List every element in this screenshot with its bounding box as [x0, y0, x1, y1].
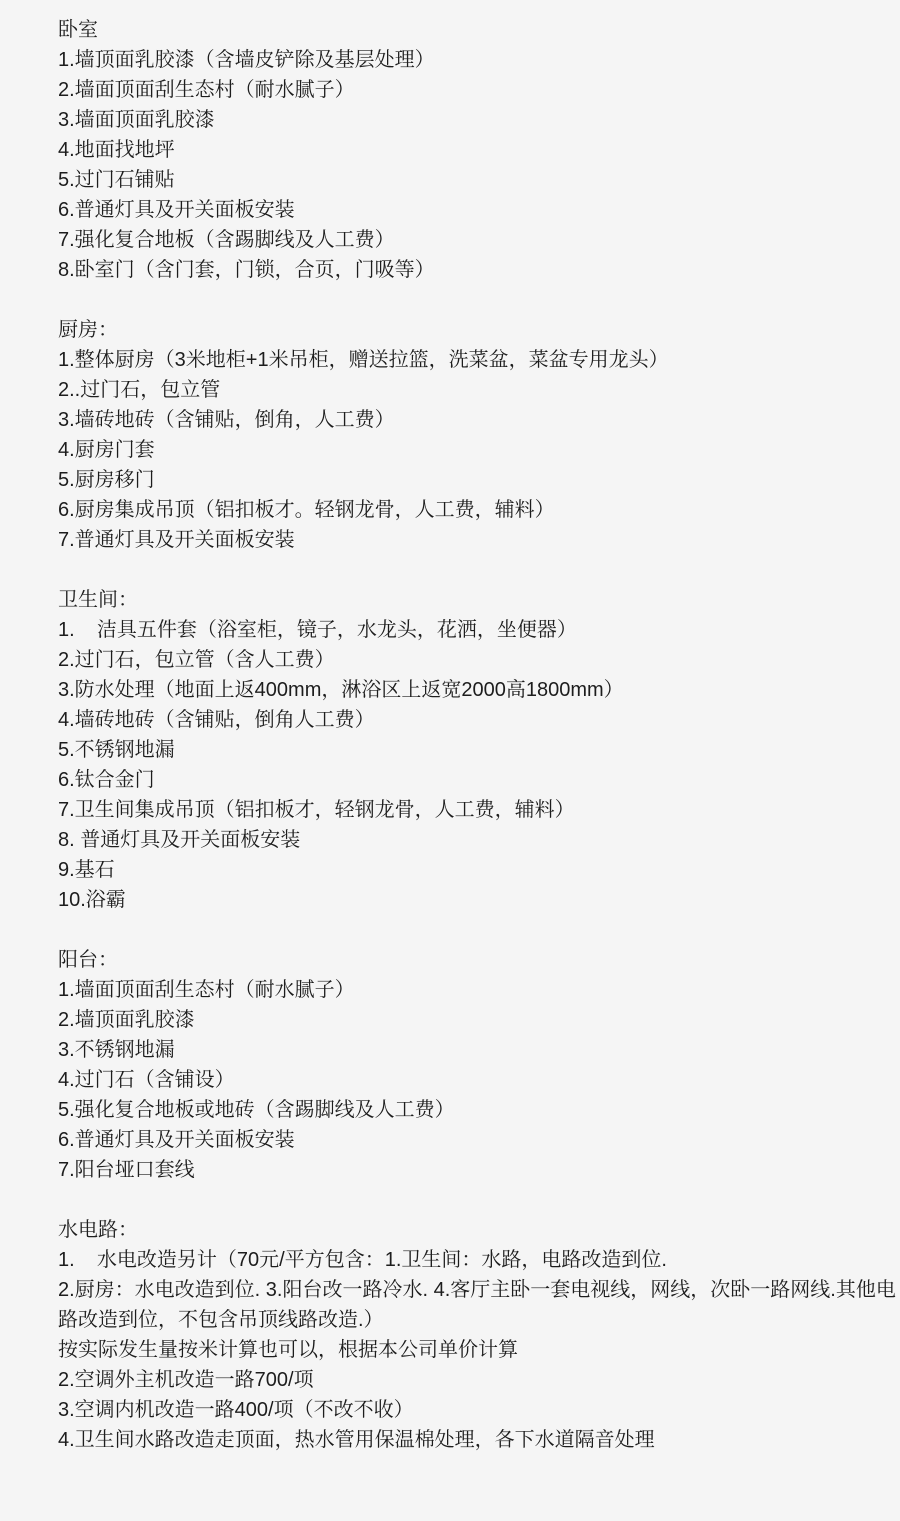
section-title: 卫生间： — [58, 585, 900, 615]
list-item: 1. 水电改造另计（70元/平方包含：1.卫生间：水路，电路改造到位. — [58, 1245, 900, 1275]
list-item: 6.钛合金门 — [58, 765, 900, 795]
section-title: 阳台： — [58, 945, 900, 975]
list-item: 2.墙面顶面刮生态村（耐水腻子） — [58, 75, 900, 105]
list-item: 3.墙面顶面乳胶漆 — [58, 105, 900, 135]
list-item: 2.空调外主机改造一路700/项 — [58, 1365, 900, 1395]
list-item: 按实际发生量按米计算也可以，根据本公司单价计算 — [58, 1335, 900, 1365]
list-item: 3.墙砖地砖（含铺贴，倒角，人工费） — [58, 405, 900, 435]
section-title: 水电路： — [58, 1215, 900, 1245]
list-item: 5.厨房移门 — [58, 465, 900, 495]
list-item: 2.墙顶面乳胶漆 — [58, 1005, 900, 1035]
list-item: 7.卫生间集成吊顶（铝扣板才，轻钢龙骨，人工费，辅料） — [58, 795, 900, 825]
list-item: 5.强化复合地板或地砖（含踢脚线及人工费） — [58, 1095, 900, 1125]
section-bathroom: 卫生间：1. 洁具五件套（浴室柜，镜子，水龙头，花洒，坐便器）2.过门石，包立管… — [58, 585, 900, 915]
list-item: 6.普通灯具及开关面板安装 — [58, 1125, 900, 1155]
list-item: 9.基石 — [58, 855, 900, 885]
list-item: 1.墙顶面乳胶漆（含墙皮铲除及基层处理） — [58, 45, 900, 75]
list-item: 3.防水处理（地面上返400mm，淋浴区上返宽2000高1800mm） — [58, 675, 900, 705]
list-item: 4.过门石（含铺设） — [58, 1065, 900, 1095]
list-item: 4.卫生间水路改造走顶面，热水管用保温棉处理，各下水道隔音处理 — [58, 1425, 900, 1455]
list-item: 4.墙砖地砖（含铺贴，倒角人工费） — [58, 705, 900, 735]
section-kitchen: 厨房：1.整体厨房（3米地柜+1米吊柜，赠送拉篮，洗菜盆，菜盆专用龙头）2..过… — [58, 315, 900, 555]
list-item: 8.卧室门（含门套，门锁，合页，门吸等） — [58, 255, 900, 285]
section-title: 卧室 — [58, 15, 900, 45]
list-item: 5.不锈钢地漏 — [58, 735, 900, 765]
list-item: 3.空调内机改造一路400/项（不改不收） — [58, 1395, 900, 1425]
list-item: 10.浴霸 — [58, 885, 900, 915]
list-item: 2..过门石，包立管 — [58, 375, 900, 405]
list-item: 路改造到位，不包含吊顶线路改造.） — [58, 1305, 900, 1335]
list-item: 8. 普通灯具及开关面板安装 — [58, 825, 900, 855]
list-item: 1. 洁具五件套（浴室柜，镜子，水龙头，花洒，坐便器） — [58, 615, 900, 645]
list-item: 6.普通灯具及开关面板安装 — [58, 195, 900, 225]
list-item: 7.普通灯具及开关面板安装 — [58, 525, 900, 555]
section-plumbing-electrical: 水电路：1. 水电改造另计（70元/平方包含：1.卫生间：水路，电路改造到位.2… — [58, 1215, 900, 1455]
list-item: 6.厨房集成吊顶（铝扣板才。轻钢龙骨，人工费，辅料） — [58, 495, 900, 525]
list-item: 1.墙面顶面刮生态村（耐水腻子） — [58, 975, 900, 1005]
section-balcony: 阳台：1.墙面顶面刮生态村（耐水腻子）2.墙顶面乳胶漆3.不锈钢地漏4.过门石（… — [58, 945, 900, 1185]
list-item: 4.地面找地坪 — [58, 135, 900, 165]
list-item: 7.强化复合地板（含踢脚线及人工费） — [58, 225, 900, 255]
renovation-quote-document: 卧室1.墙顶面乳胶漆（含墙皮铲除及基层处理）2.墙面顶面刮生态村（耐水腻子）3.… — [0, 0, 900, 1521]
list-item: 3.不锈钢地漏 — [58, 1035, 900, 1065]
list-item: 7.阳台垭口套线 — [58, 1155, 900, 1185]
list-item: 1.整体厨房（3米地柜+1米吊柜，赠送拉篮，洗菜盆，菜盆专用龙头） — [58, 345, 900, 375]
section-title: 厨房： — [58, 315, 900, 345]
list-item: 2.过门石，包立管（含人工费） — [58, 645, 900, 675]
list-item: 5.过门石铺贴 — [58, 165, 900, 195]
list-item: 2.厨房：水电改造到位. 3.阳台改一路冷水. 4.客厅主卧一套电视线，网线，次… — [58, 1275, 900, 1305]
list-item: 4.厨房门套 — [58, 435, 900, 465]
section-bedroom: 卧室1.墙顶面乳胶漆（含墙皮铲除及基层处理）2.墙面顶面刮生态村（耐水腻子）3.… — [58, 15, 900, 285]
